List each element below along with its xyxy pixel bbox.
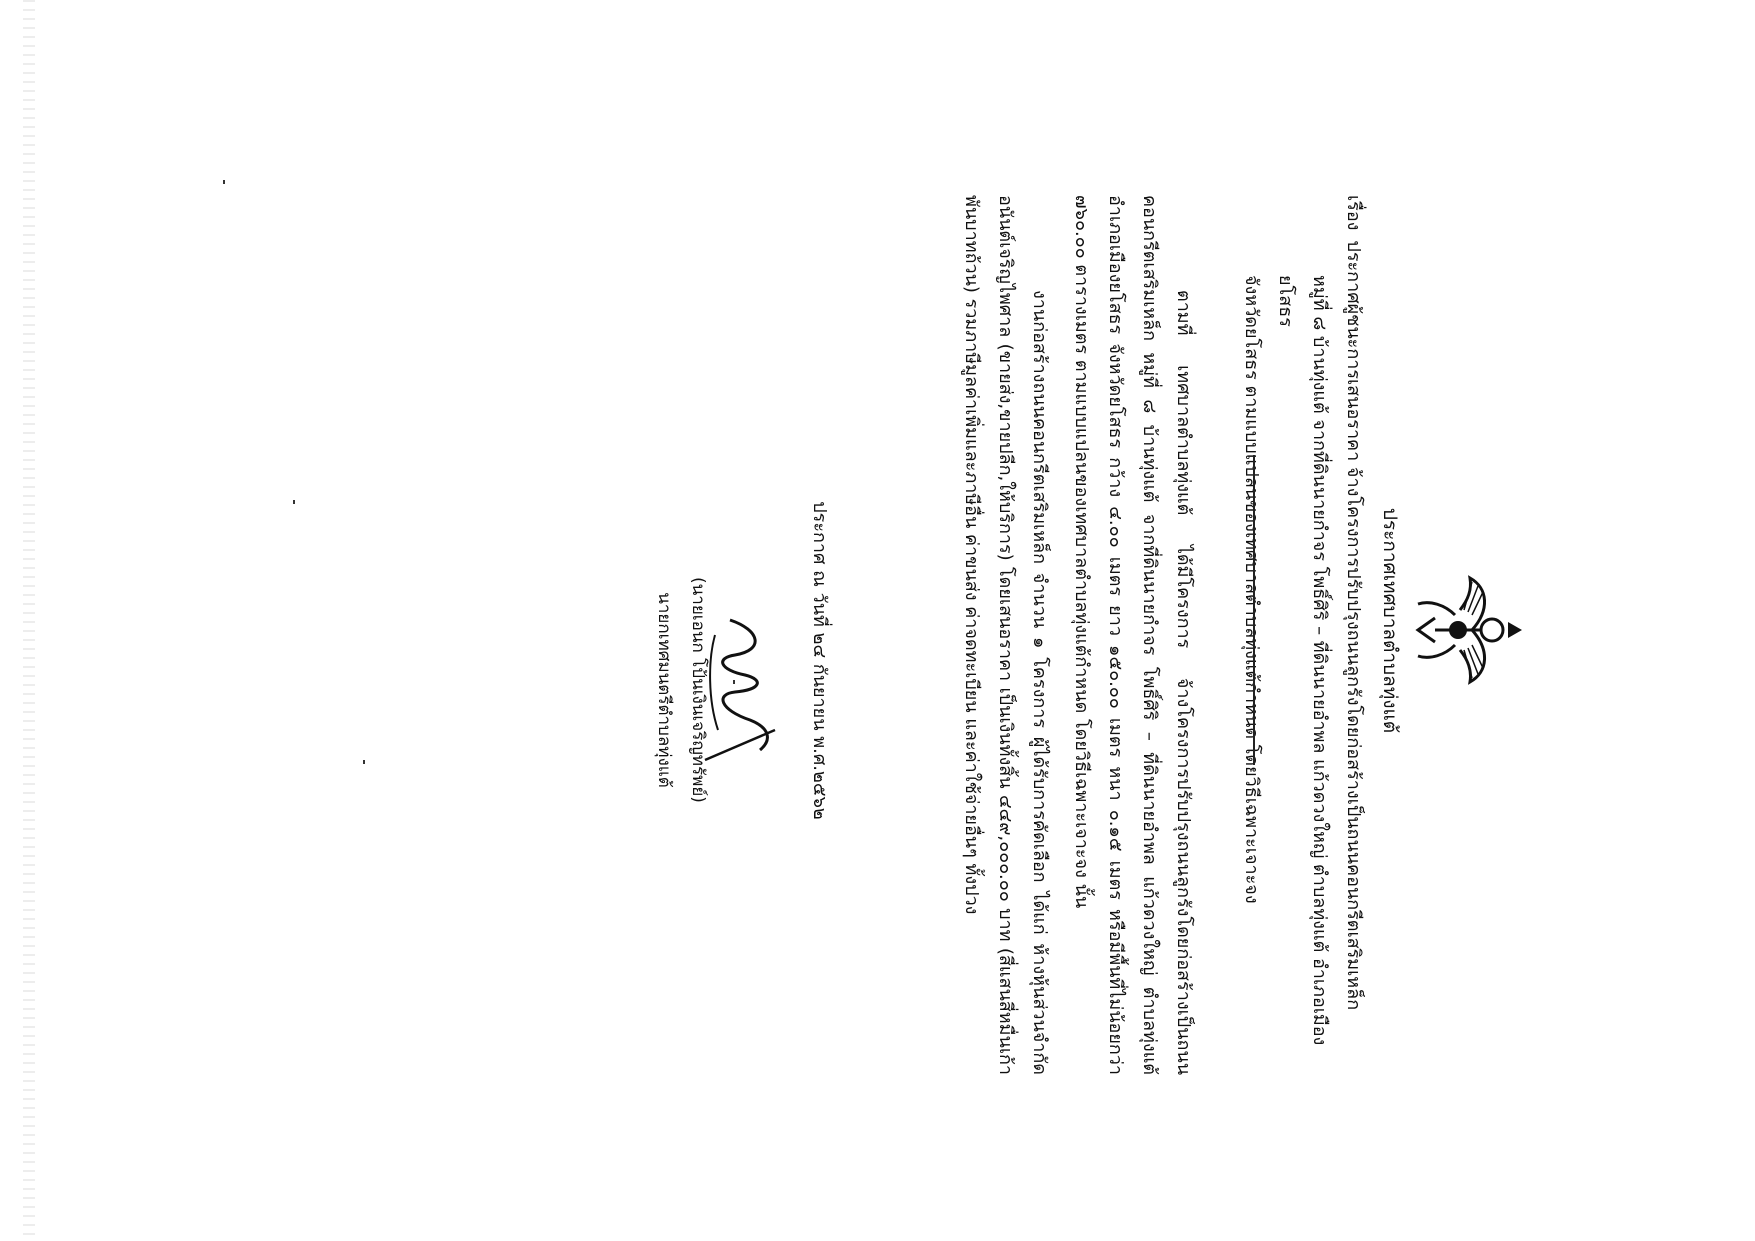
subject-line-1: ประกาศผู้ชนะการเสนอราคา จ้างโครงการปรับป…: [1343, 240, 1364, 1010]
paragraph-award: งานก่อสร้างถนนคอนกรีตเสริมเหล็ก จำนวน ๑ …: [954, 195, 1056, 1075]
subject-label: เรื่อง: [1343, 195, 1364, 230]
scan-edge-noise: [23, 0, 35, 1241]
divider: [1253, 455, 1255, 765]
signer-block: (นายเอนก โป้นเงินเจริญทรัพย์) นายกเทศมนต…: [647, 480, 715, 900]
scan-speck: [363, 760, 365, 764]
document-title: ประกาศเทศบาลตำบลทุ่งแต้: [1375, 0, 1405, 1241]
subject-line-3: จังหวัดยโสธร ตามแบบแปลนของเทศบาลตำบลทุ่ง…: [1234, 195, 1268, 1075]
scan-speck: [223, 180, 225, 184]
document-body: ตามที่ เทศบาลตำบลทุ่งแต้ ได้มีโครงการ จ้…: [946, 195, 1200, 1075]
paragraph-background: ตามที่ เทศบาลตำบลทุ่งแต้ ได้มีโครงการ จ้…: [1064, 195, 1200, 1075]
announcement-date: ประกาศ ณ วันที่ ๒๔ กันยายน พ.ศ.๒๕๖๒: [806, 0, 835, 1241]
subject-line-2: หมู่ที่ ๘ บ้านทุ่งแต้ จากที่ดินนายกำจร โ…: [1268, 195, 1336, 1075]
garuda-emblem-icon: [1410, 570, 1530, 690]
scan-speck: [293, 500, 295, 504]
scan-speck: [733, 680, 735, 684]
signer-title: นายกเทศมนตรีตำบลทุ่งแต้: [647, 480, 681, 900]
signer-name: (นายเอนก โป้นเงินเจริญทรัพย์): [681, 480, 715, 900]
scanned-document-page: ประกาศเทศบาลตำบลทุ่งแต้ เรื่องประกาศผู้ช…: [0, 0, 1755, 1241]
